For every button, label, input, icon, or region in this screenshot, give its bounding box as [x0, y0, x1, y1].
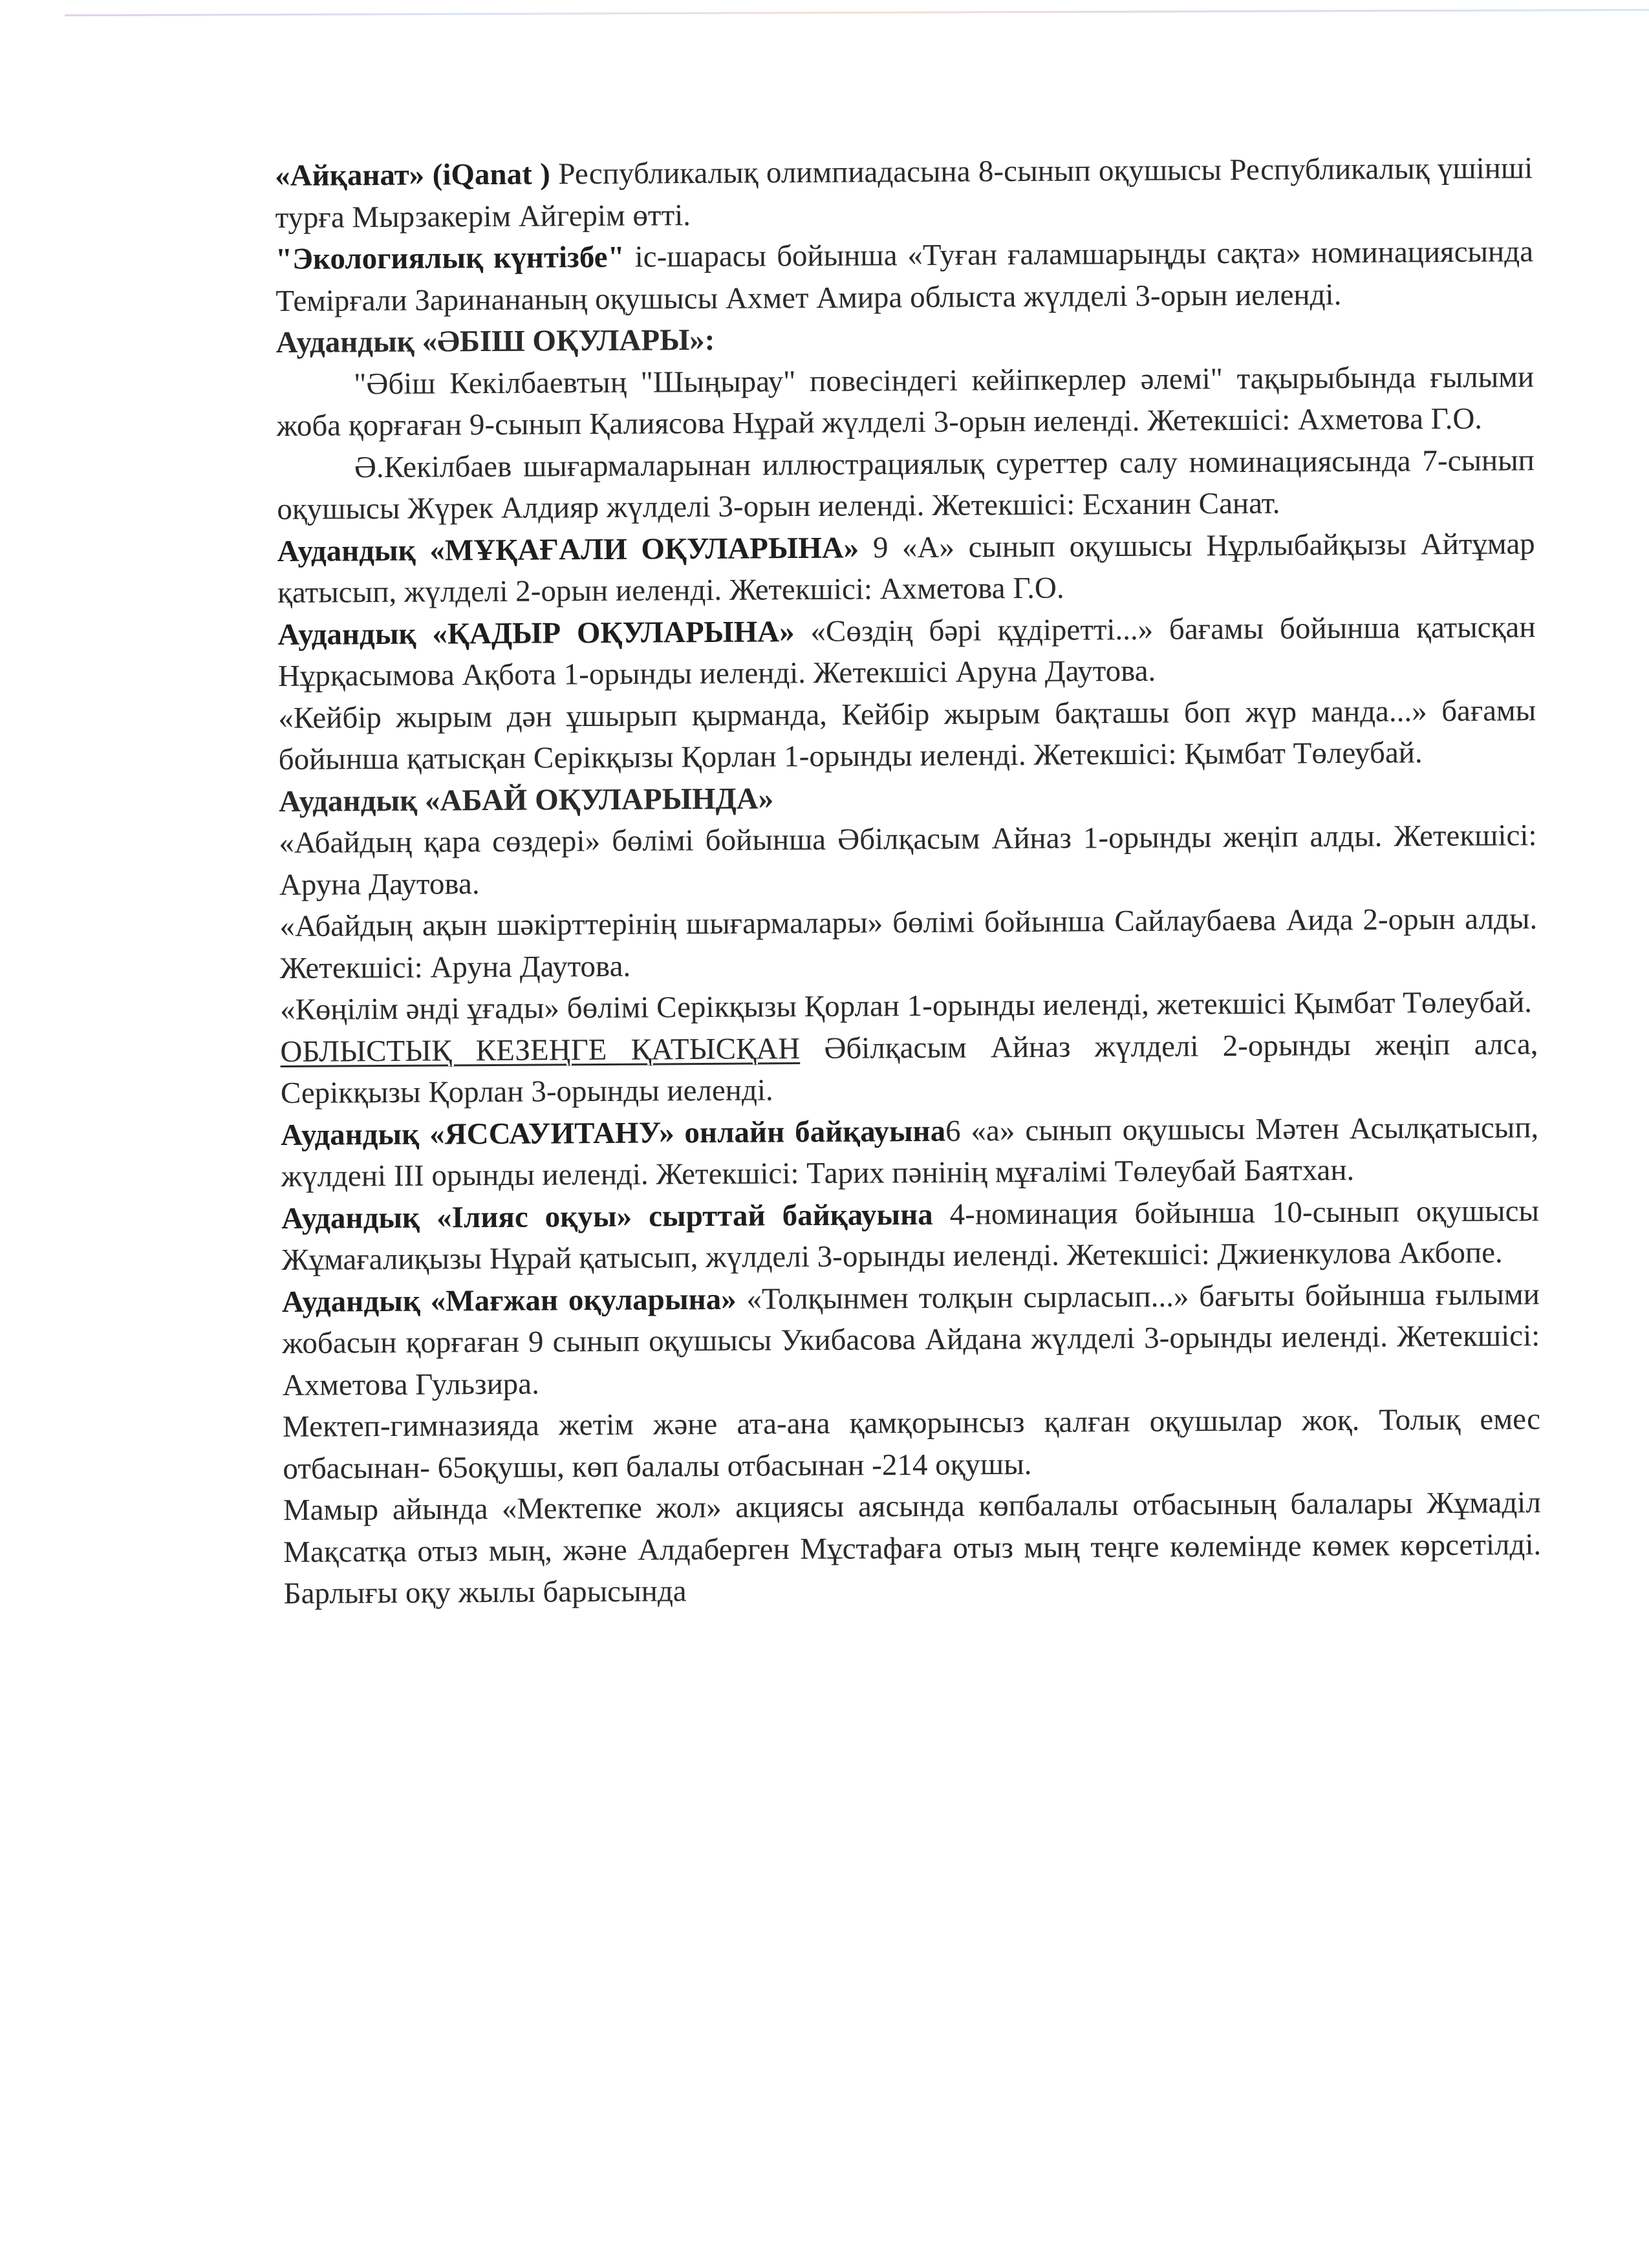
paragraph-kadyr-second: «Кейбір жырым дән ұшырып қырманда, Кейбі…	[278, 690, 1536, 781]
event-title: "Экологиялық күнтізбе"	[275, 241, 625, 276]
document-page: «Айқанат» (iQanat ) Республикалық олимпи…	[275, 147, 1542, 1614]
event-title: Аудандық «МҰҚАҒАЛИ ОҚУЛАРЫНА»	[277, 531, 859, 568]
paragraph-magzhan: Аудандық «Мағжан оқуларына» «Толқынмен т…	[282, 1274, 1540, 1406]
paragraph-iliyas: Аудандық «Ілияс оқуы» сырттай байқауына …	[281, 1190, 1540, 1281]
regional-stage-label: ОБЛЫСТЫҚ КЕЗЕҢГЕ ҚАТЫСҚАН	[280, 1032, 800, 1069]
event-title: Аудандық «ҚАДЫР ОҚУЛАРЫНА»	[277, 615, 794, 652]
paragraph-orphans-stats: Мектеп-гимназияда жетім және ата-ана қам…	[283, 1398, 1541, 1490]
paragraph-yassauitanu: Аудандық «ЯССАУИТАНУ» онлайн байқауына6 …	[281, 1107, 1539, 1198]
paragraph-abish-project: "Әбіш Кекілбаевтың "Шыңырау" повесіндегі…	[276, 356, 1535, 447]
event-title: Аудандық «Мағжан оқуларына»	[282, 1282, 737, 1318]
paragraph-abish-illustration: Ә.Кекілбаев шығармаларынан иллюстрациялы…	[277, 440, 1535, 531]
event-title: Аудандық «ЯССАУИТАНУ» онлайн байқауына	[281, 1114, 945, 1151]
paragraph-iqanat: «Айқанат» (iQanat ) Республикалық олимпи…	[275, 147, 1533, 239]
event-title: Аудандық «Ілияс оқуы» сырттай байқауына	[281, 1197, 933, 1235]
paragraph-mukagali: Аудандық «МҰҚАҒАЛИ ОҚУЛАРЫНА» 9 «А» сыны…	[277, 523, 1536, 614]
paragraph-kadyr: Аудандық «ҚАДЫР ОҚУЛАРЫНА» «Сөздің бәрі …	[277, 606, 1536, 698]
paragraph-abai-akyn-shakirtteri: «Абайдың ақын шәкірттерінің шығармалары»…	[279, 898, 1538, 989]
scan-edge-artifact	[65, 9, 1649, 17]
paragraph-eco-calendar: "Экологиялық күнтізбе" іс-шарасы бойынша…	[275, 231, 1534, 322]
paragraph-school-road-action: Мамыр айында «Мектепке жол» акциясы аясы…	[283, 1482, 1542, 1614]
section-heading-abai: Аудандық «АБАЙ ОҚУЛАРЫНДА»	[279, 773, 1536, 822]
section-heading-abish: Аудандық «ӘБІШ ОҚУЛАРЫ»:	[276, 314, 1534, 363]
paragraph-abai-kara-sozderi: «Абайдың қара сөздері» бөлімі бойынша Әб…	[279, 815, 1537, 906]
paragraph-abai-konilim: «Көңілім әнді ұғады» бөлімі Серікқызы Қо…	[280, 981, 1538, 1031]
olympiad-title: «Айқанат» (iQanat )	[275, 157, 550, 193]
paragraph-regional-stage: ОБЛЫСТЫҚ КЕЗЕҢГЕ ҚАТЫСҚАН Әбілқасым Айна…	[280, 1023, 1538, 1115]
